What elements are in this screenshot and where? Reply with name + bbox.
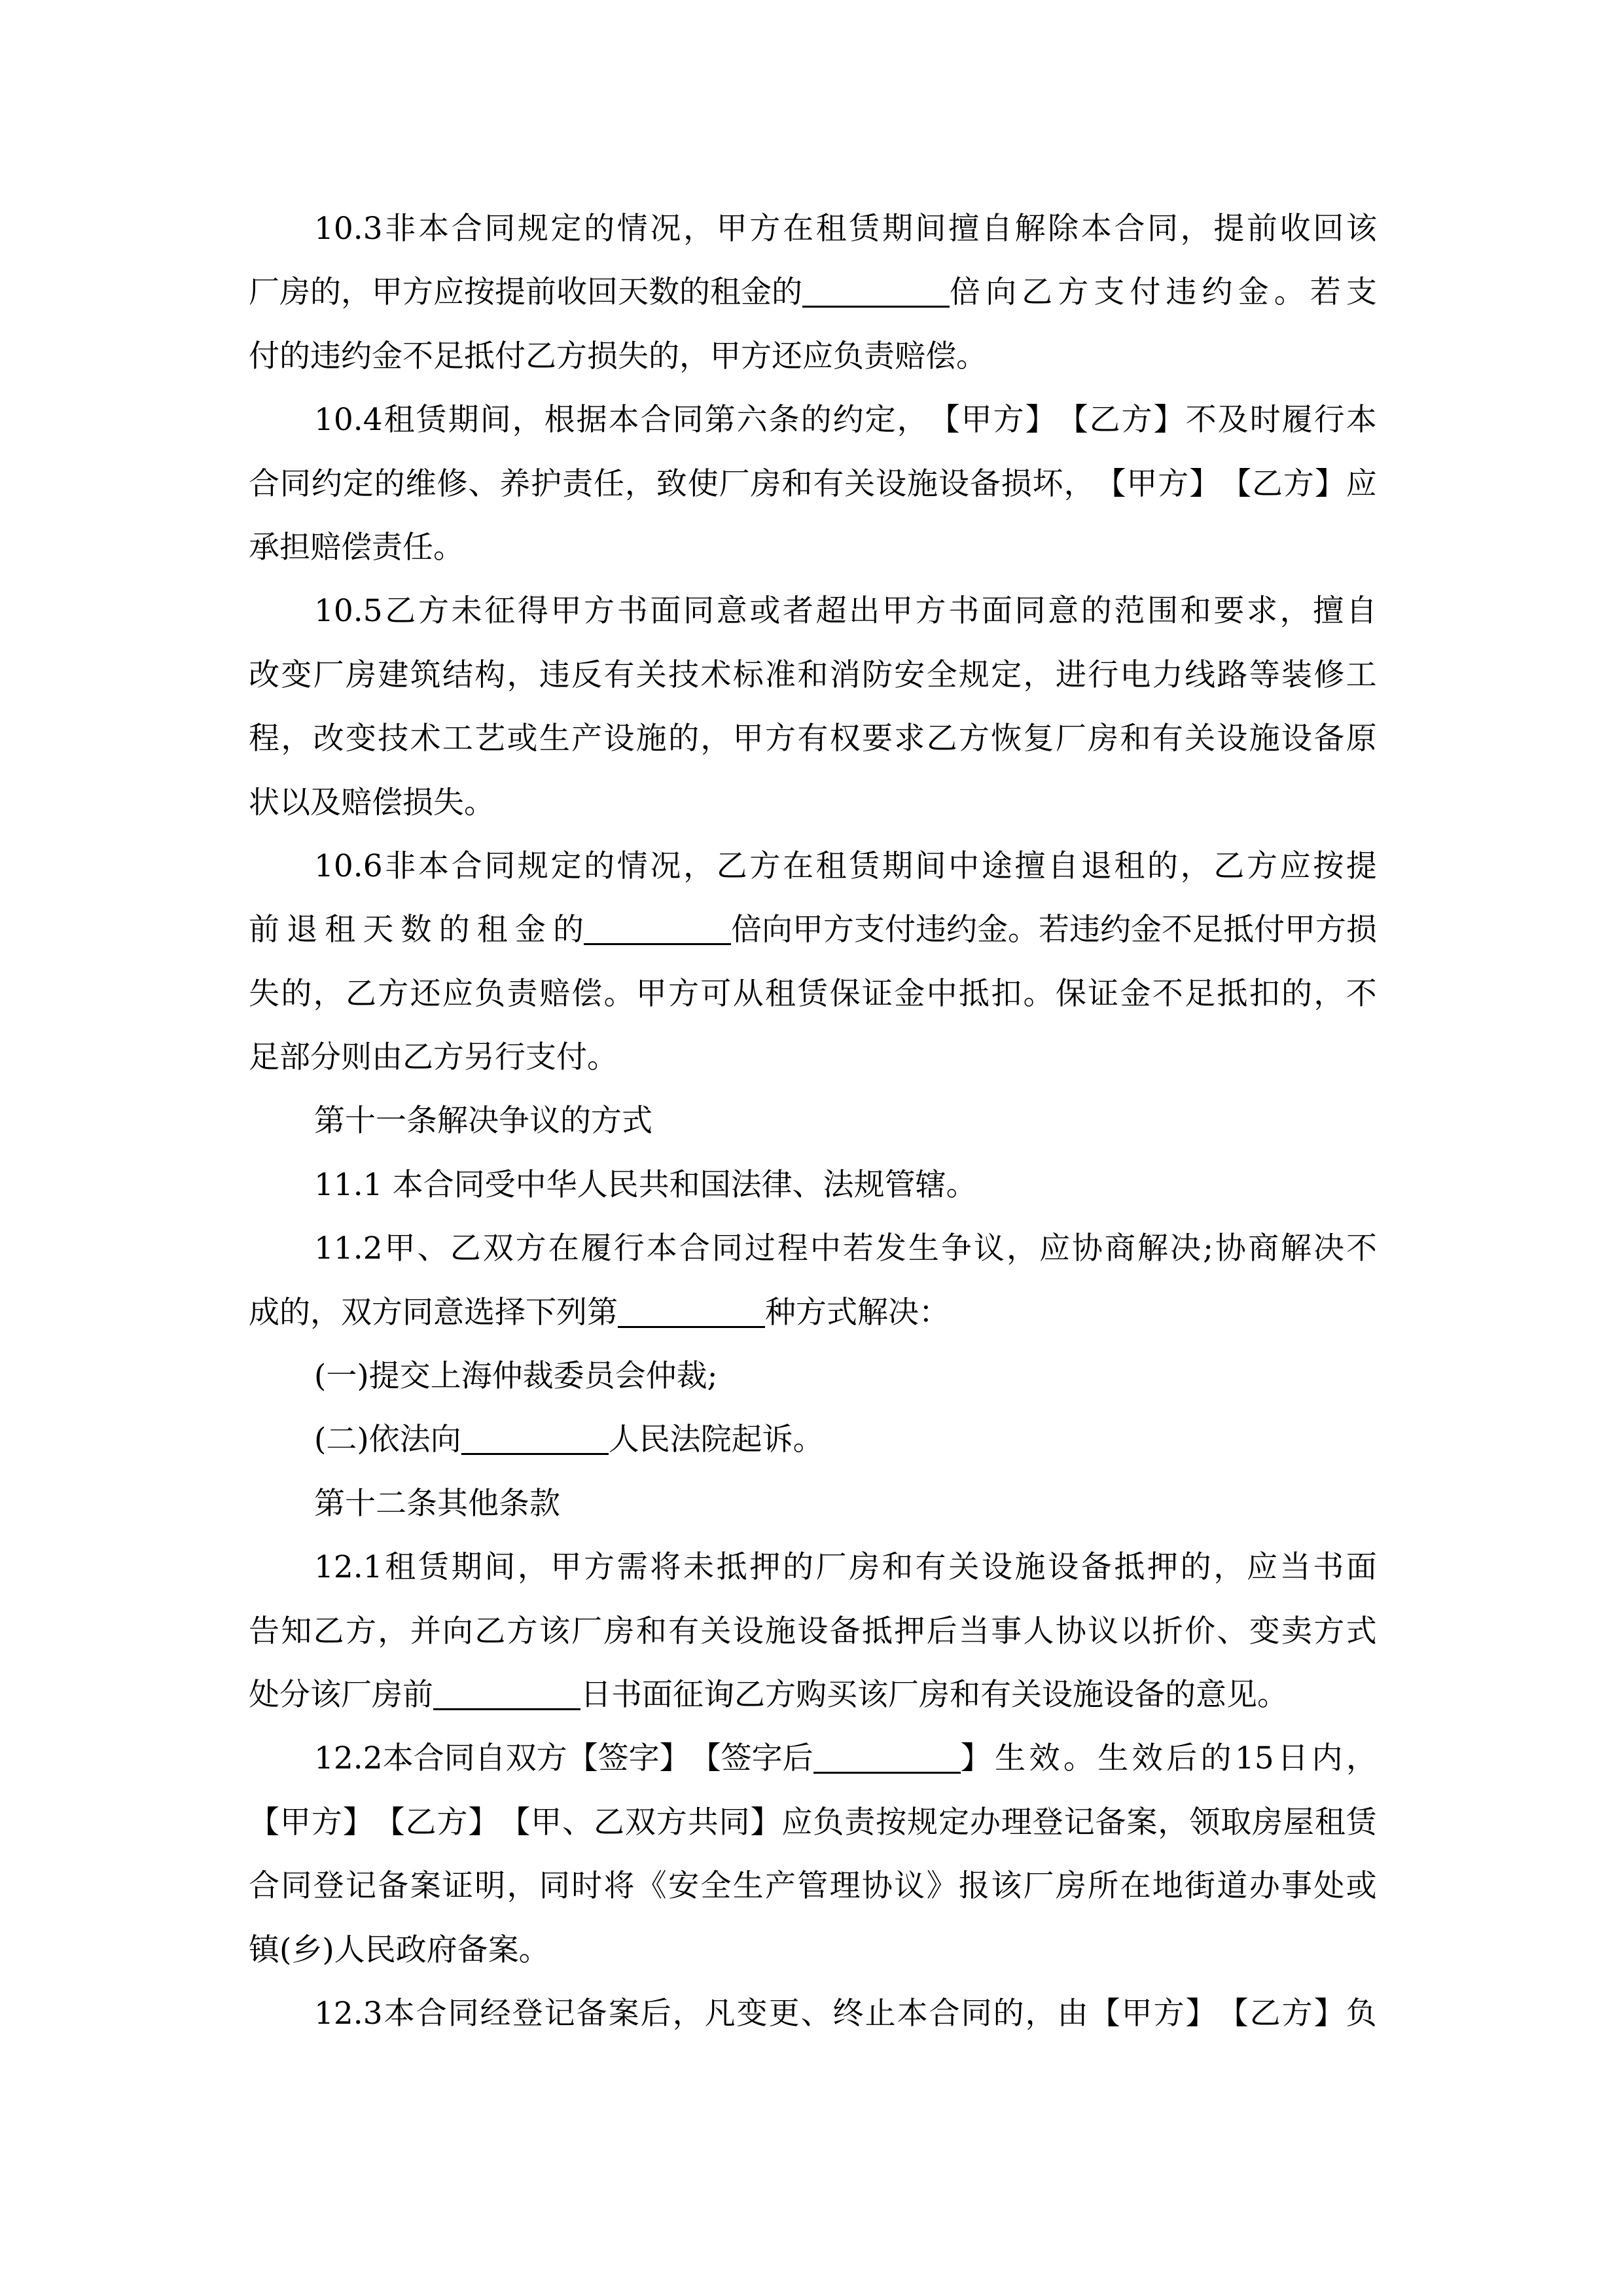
text-segment: 人民法院起诉。 [609, 1419, 824, 1461]
text-segment: 10.5乙方未征得甲方书面同意或者超出甲方书面同意的范围和要求，擅自 [314, 590, 1377, 632]
document-page: 10.3非本合同规定的情况，甲方在租赁期间擅自解除本合同，提前收回该厂房的，甲方… [0, 0, 1623, 2296]
text-segment: 日书面征询乙方购买该厂房和有关设施设备的意见。 [580, 1674, 1288, 1716]
text-line: 状以及赔偿损失。 [249, 782, 1377, 846]
text-line: 10.5乙方未征得甲方书面同意或者超出甲方书面同意的范围和要求，擅自 [249, 590, 1377, 654]
text-segment: 成的，双方同意选择下列第 [249, 1292, 618, 1334]
text-segment: 前退租天数的租金的 [249, 909, 584, 951]
text-line: 处分该厂房前日书面征询乙方购买该厂房和有关设施设备的意见。 [249, 1674, 1377, 1738]
fill-in-blank[interactable] [618, 1292, 765, 1328]
text-line: 合同约定的维修、养护责任，致使厂房和有关设施设备损坏，【甲方】【乙方】应 [249, 463, 1377, 527]
fill-in-blank[interactable] [802, 272, 950, 308]
text-line: 改变厂房建筑结构，违反有关技术标准和消防安全规定，进行电力线路等装修工 [249, 655, 1377, 718]
text-segment: 10.6非本合同规定的情况，乙方在租赁期间中途擅自退租的，乙方应按提 [314, 846, 1377, 888]
text-segment: 11.1 本合同受中华人民共和国法律、法规管辖。 [314, 1164, 977, 1206]
text-segment: 12.3本合同经登记备案后，凡变更、终止本合同的，由【甲方】【乙方】负 [314, 1993, 1377, 2035]
text-line: 足部分则由乙方另行支付。 [249, 1037, 1377, 1100]
article-heading: 第十一条解决争议的方式 [249, 1100, 1377, 1164]
fill-in-blank[interactable] [461, 1419, 609, 1455]
text-line: 10.6非本合同规定的情况，乙方在租赁期间中途擅自退租的，乙方应按提 [249, 846, 1377, 909]
text-line: 12.1租赁期间，甲方需将未抵押的厂房和有关设施设备抵押的，应当书面 [249, 1547, 1377, 1610]
text-segment: 10.3非本合同规定的情况，甲方在租赁期间擅自解除本合同，提前收回该 [314, 208, 1377, 250]
text-segment: 处分该厂房前 [249, 1674, 433, 1716]
text-line: 告知乙方，并向乙方该厂房和有关设施设备抵押后当事人协议以折价、变卖方式 [249, 1611, 1377, 1674]
text-segment: 】生效。生效后的15日内， [961, 1738, 1377, 1780]
text-segment: 程，改变技术工艺或生产设施的，甲方有权要求乙方恢复厂房和有关设施设备原 [249, 718, 1377, 760]
text-line: 11.2甲、乙双方在履行本合同过程中若发生争议，应协商解决;协商解决不 [249, 1228, 1377, 1291]
text-segment: 第十二条其他条款 [314, 1483, 560, 1525]
text-segment: 11.2甲、乙双方在履行本合同过程中若发生争议，应协商解决;协商解决不 [314, 1228, 1377, 1270]
text-line: 承担赔偿责任。 [249, 527, 1377, 590]
text-line: 12.2本合同自双方【签字】【签字后】生效。生效后的15日内， [249, 1738, 1377, 1801]
contract-body: 10.3非本合同规定的情况，甲方在租赁期间擅自解除本合同，提前收回该厂房的，甲方… [249, 208, 1377, 2056]
text-line: 10.4租赁期间，根据本合同第六条的约定，【甲方】【乙方】不及时履行本 [249, 399, 1377, 463]
text-line: 12.3本合同经登记备案后，凡变更、终止本合同的，由【甲方】【乙方】负 [249, 1993, 1377, 2056]
text-segment: 告知乙方，并向乙方该厂房和有关设施设备抵押后当事人协议以折价、变卖方式 [249, 1611, 1377, 1653]
text-line: (一)提交上海仲裁委员会仲裁; [249, 1355, 1377, 1419]
text-line: 成的，双方同意选择下列第种方式解决： [249, 1292, 1377, 1355]
fill-in-blank[interactable] [433, 1674, 580, 1710]
text-segment: 承担赔偿责任。 [249, 527, 464, 569]
text-segment: (二)依法向 [314, 1419, 461, 1461]
text-segment: 足部分则由乙方另行支付。 [249, 1037, 618, 1079]
text-segment: 合同登记备案证明，同时将《安全生产管理协议》报该厂房所在地街道办事处或 [249, 1865, 1377, 1907]
text-segment: 种方式解决： [765, 1292, 950, 1334]
text-segment: 厂房的，甲方应按提前收回天数的租金的 [249, 272, 802, 314]
text-segment: 倍向甲方支付违约金。若违约金不足抵付甲方损 [731, 909, 1377, 951]
text-line: 【甲方】【乙方】【甲、乙双方共同】应负责按规定办理登记备案，领取房屋租赁 [249, 1802, 1377, 1865]
text-segment: 合同约定的维修、养护责任，致使厂房和有关设施设备损坏，【甲方】【乙方】应 [249, 463, 1377, 505]
text-segment: 第十一条解决争议的方式 [314, 1100, 652, 1142]
text-line: 厂房的，甲方应按提前收回天数的租金的倍向乙方支付违约金。若支 [249, 272, 1377, 335]
text-segment: 付的违约金不足抵付乙方损失的，甲方还应负责赔偿。 [249, 336, 987, 378]
text-segment: (一)提交上海仲裁委员会仲裁; [314, 1355, 718, 1397]
text-line: 程，改变技术工艺或生产设施的，甲方有权要求乙方恢复厂房和有关设施设备原 [249, 718, 1377, 781]
text-segment: 状以及赔偿损失。 [249, 782, 495, 824]
text-segment: 失的，乙方还应负责赔偿。甲方可从租赁保证金中抵扣。保证金不足抵扣的，不 [249, 973, 1377, 1015]
text-line: 失的，乙方还应负责赔偿。甲方可从租赁保证金中抵扣。保证金不足抵扣的，不 [249, 973, 1377, 1037]
fill-in-blank[interactable] [584, 909, 731, 945]
text-segment: 倍向乙方支付违约金。若支 [950, 272, 1377, 314]
text-segment: 10.4租赁期间，根据本合同第六条的约定，【甲方】【乙方】不及时履行本 [314, 399, 1377, 441]
fill-in-blank[interactable] [813, 1738, 961, 1774]
text-line: 镇(乡)人民政府备案。 [249, 1929, 1377, 1993]
text-line: 前退租天数的租金的倍向甲方支付违约金。若违约金不足抵付甲方损 [249, 909, 1377, 973]
text-segment: 镇(乡)人民政府备案。 [249, 1929, 550, 1971]
text-segment: 12.2本合同自双方【签字】【签字后 [314, 1738, 813, 1780]
article-heading: 第十二条其他条款 [249, 1483, 1377, 1547]
text-segment: 【甲方】【乙方】【甲、乙双方共同】应负责按规定办理登记备案，领取房屋租赁 [249, 1802, 1377, 1844]
text-line: 付的违约金不足抵付乙方损失的，甲方还应负责赔偿。 [249, 336, 1377, 399]
text-segment: 改变厂房建筑结构，违反有关技术标准和消防安全规定，进行电力线路等装修工 [249, 655, 1377, 696]
text-line: 合同登记备案证明，同时将《安全生产管理协议》报该厂房所在地街道办事处或 [249, 1865, 1377, 1929]
text-line: (二)依法向人民法院起诉。 [249, 1419, 1377, 1482]
text-line: 11.1 本合同受中华人民共和国法律、法规管辖。 [249, 1164, 1377, 1228]
text-line: 10.3非本合同规定的情况，甲方在租赁期间擅自解除本合同，提前收回该 [249, 208, 1377, 272]
text-segment: 12.1租赁期间，甲方需将未抵押的厂房和有关设施设备抵押的，应当书面 [314, 1547, 1377, 1588]
